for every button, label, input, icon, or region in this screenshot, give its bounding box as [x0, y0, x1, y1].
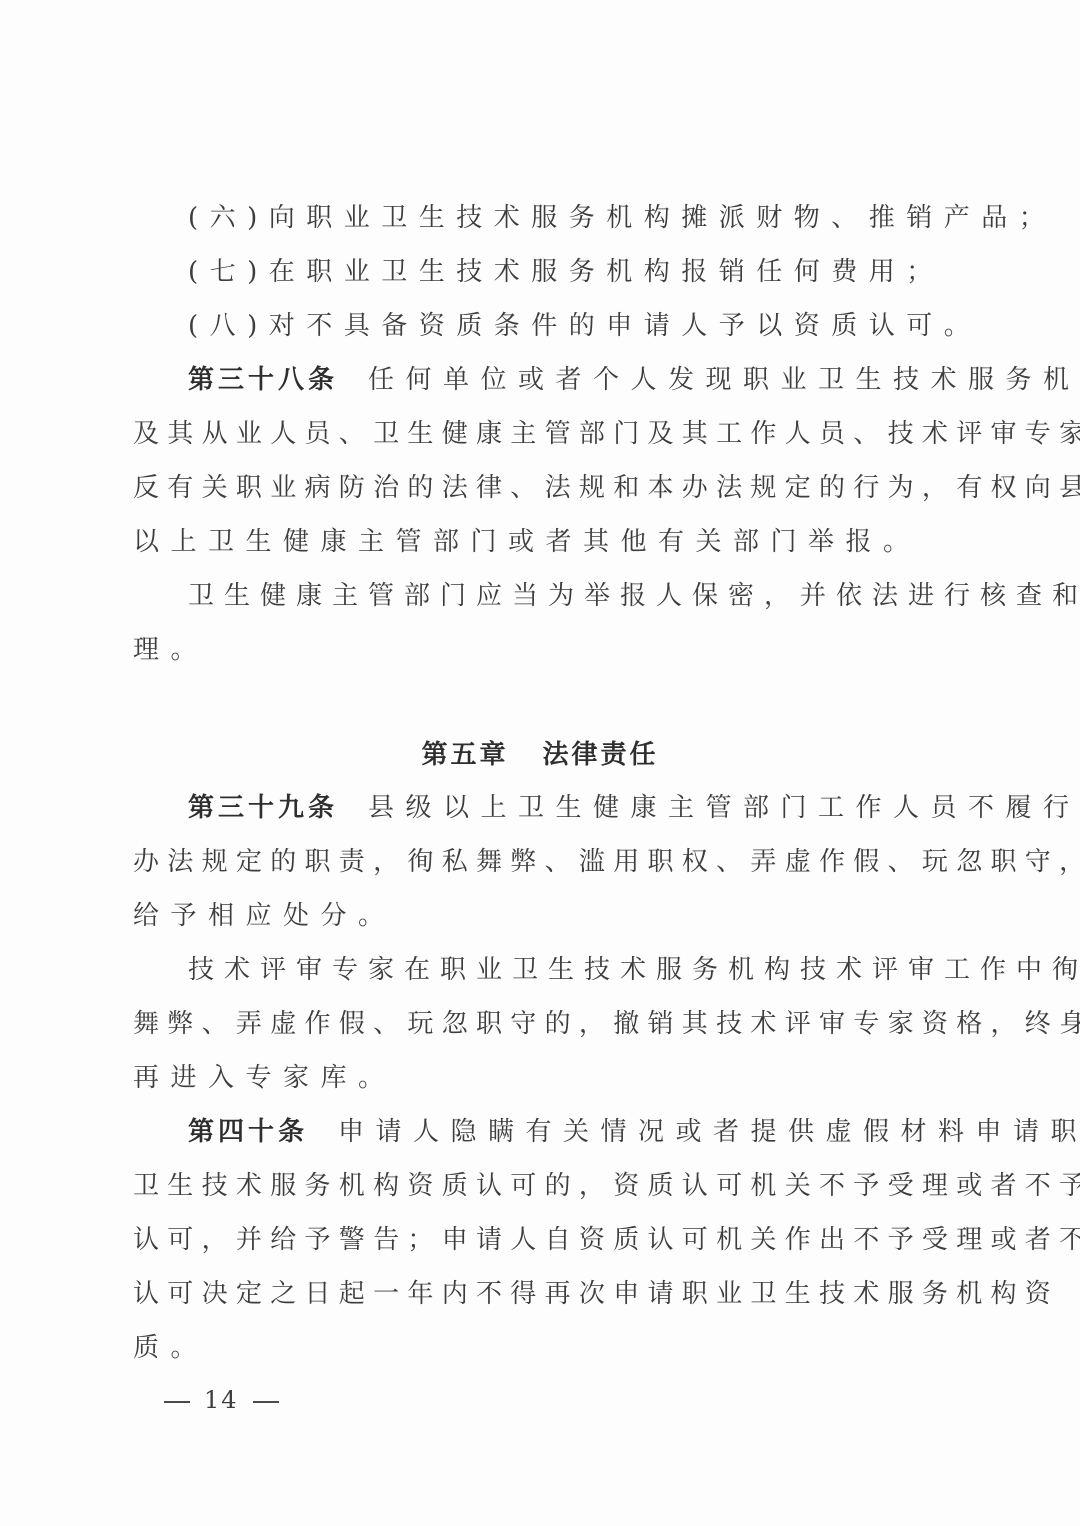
article-40-first-line: 第四十条申请人隐瞒有关情况或者提供虚假材料申请职业	[188, 1112, 988, 1152]
article-38-heading: 第三十八条	[188, 365, 338, 395]
article-40-line: 卫生技术服务机构资质认可的，资质认可机关不予受理或者不予	[133, 1166, 933, 1206]
dash-right	[253, 1401, 279, 1403]
article-39-para2: 技术评审专家在职业卫生技术服务机构技术评审工作中徇私	[188, 950, 988, 990]
page-number-value: 14	[204, 1386, 239, 1414]
article-40-line: 质。	[133, 1328, 933, 1368]
article-40-line: 认可，并给予警告；申请人自资质认可机关作出不予受理或者不予	[133, 1220, 933, 1260]
article-40-text: 申请人隐瞒有关情况或者提供虚假材料申请职业	[338, 1117, 1080, 1147]
article-39-heading: 第三十九条	[188, 793, 338, 823]
article-38-line: 以上卫生健康主管部门或者其他有关部门举报。	[133, 522, 933, 562]
article-39-line: 给予相应处分。	[133, 896, 933, 936]
article-39-first-line: 第三十九条县级以上卫生健康主管部门工作人员不履行本	[188, 788, 988, 828]
list-item-7: (七)在职业卫生技术服务机构报销任何费用；	[188, 252, 988, 292]
article-38-line: 及其从业人员、卫生健康主管部门及其工作人员、技术评审专家违	[133, 414, 933, 454]
chapter-heading: 第五章法律责任	[0, 735, 1080, 775]
article-39-line: 办法规定的职责，徇私舞弊、滥用职权、弄虚作假、玩忽职守，依法	[133, 842, 933, 882]
list-item-8: (八)对不具备资质条件的申请人予以资质认可。	[188, 306, 988, 346]
article-38-para2: 卫生健康主管部门应当为举报人保密，并依法进行核查和处	[188, 576, 988, 616]
article-39-para2: 再进入专家库。	[133, 1058, 933, 1098]
article-40-line: 认可决定之日起一年内不得再次申请职业卫生技术服务机构资	[133, 1274, 933, 1314]
document-page: (六)向职业卫生技术服务机构摊派财物、推销产品； (七)在职业卫生技术服务机构报…	[0, 0, 1080, 1526]
article-38-text: 任何单位或者个人发现职业卫生技术服务机构	[368, 365, 1080, 395]
article-38-first-line: 第三十八条任何单位或者个人发现职业卫生技术服务机构	[188, 360, 988, 400]
article-40-heading: 第四十条	[188, 1117, 308, 1147]
page-number: 14	[150, 1385, 293, 1415]
list-item-6: (六)向职业卫生技术服务机构摊派财物、推销产品；	[188, 198, 988, 238]
article-38-line: 反有关职业病防治的法律、法规和本办法规定的行为，有权向县级	[133, 468, 933, 508]
chapter-number: 第五章	[421, 740, 508, 770]
article-38-para2: 理。	[133, 630, 933, 670]
article-39-para2: 舞弊、弄虚作假、玩忽职守的，撤销其技术评审专家资格，终身不得	[133, 1004, 933, 1044]
chapter-title: 法律责任	[543, 740, 659, 770]
article-39-text: 县级以上卫生健康主管部门工作人员不履行本	[368, 793, 1080, 823]
dash-left	[164, 1401, 190, 1403]
